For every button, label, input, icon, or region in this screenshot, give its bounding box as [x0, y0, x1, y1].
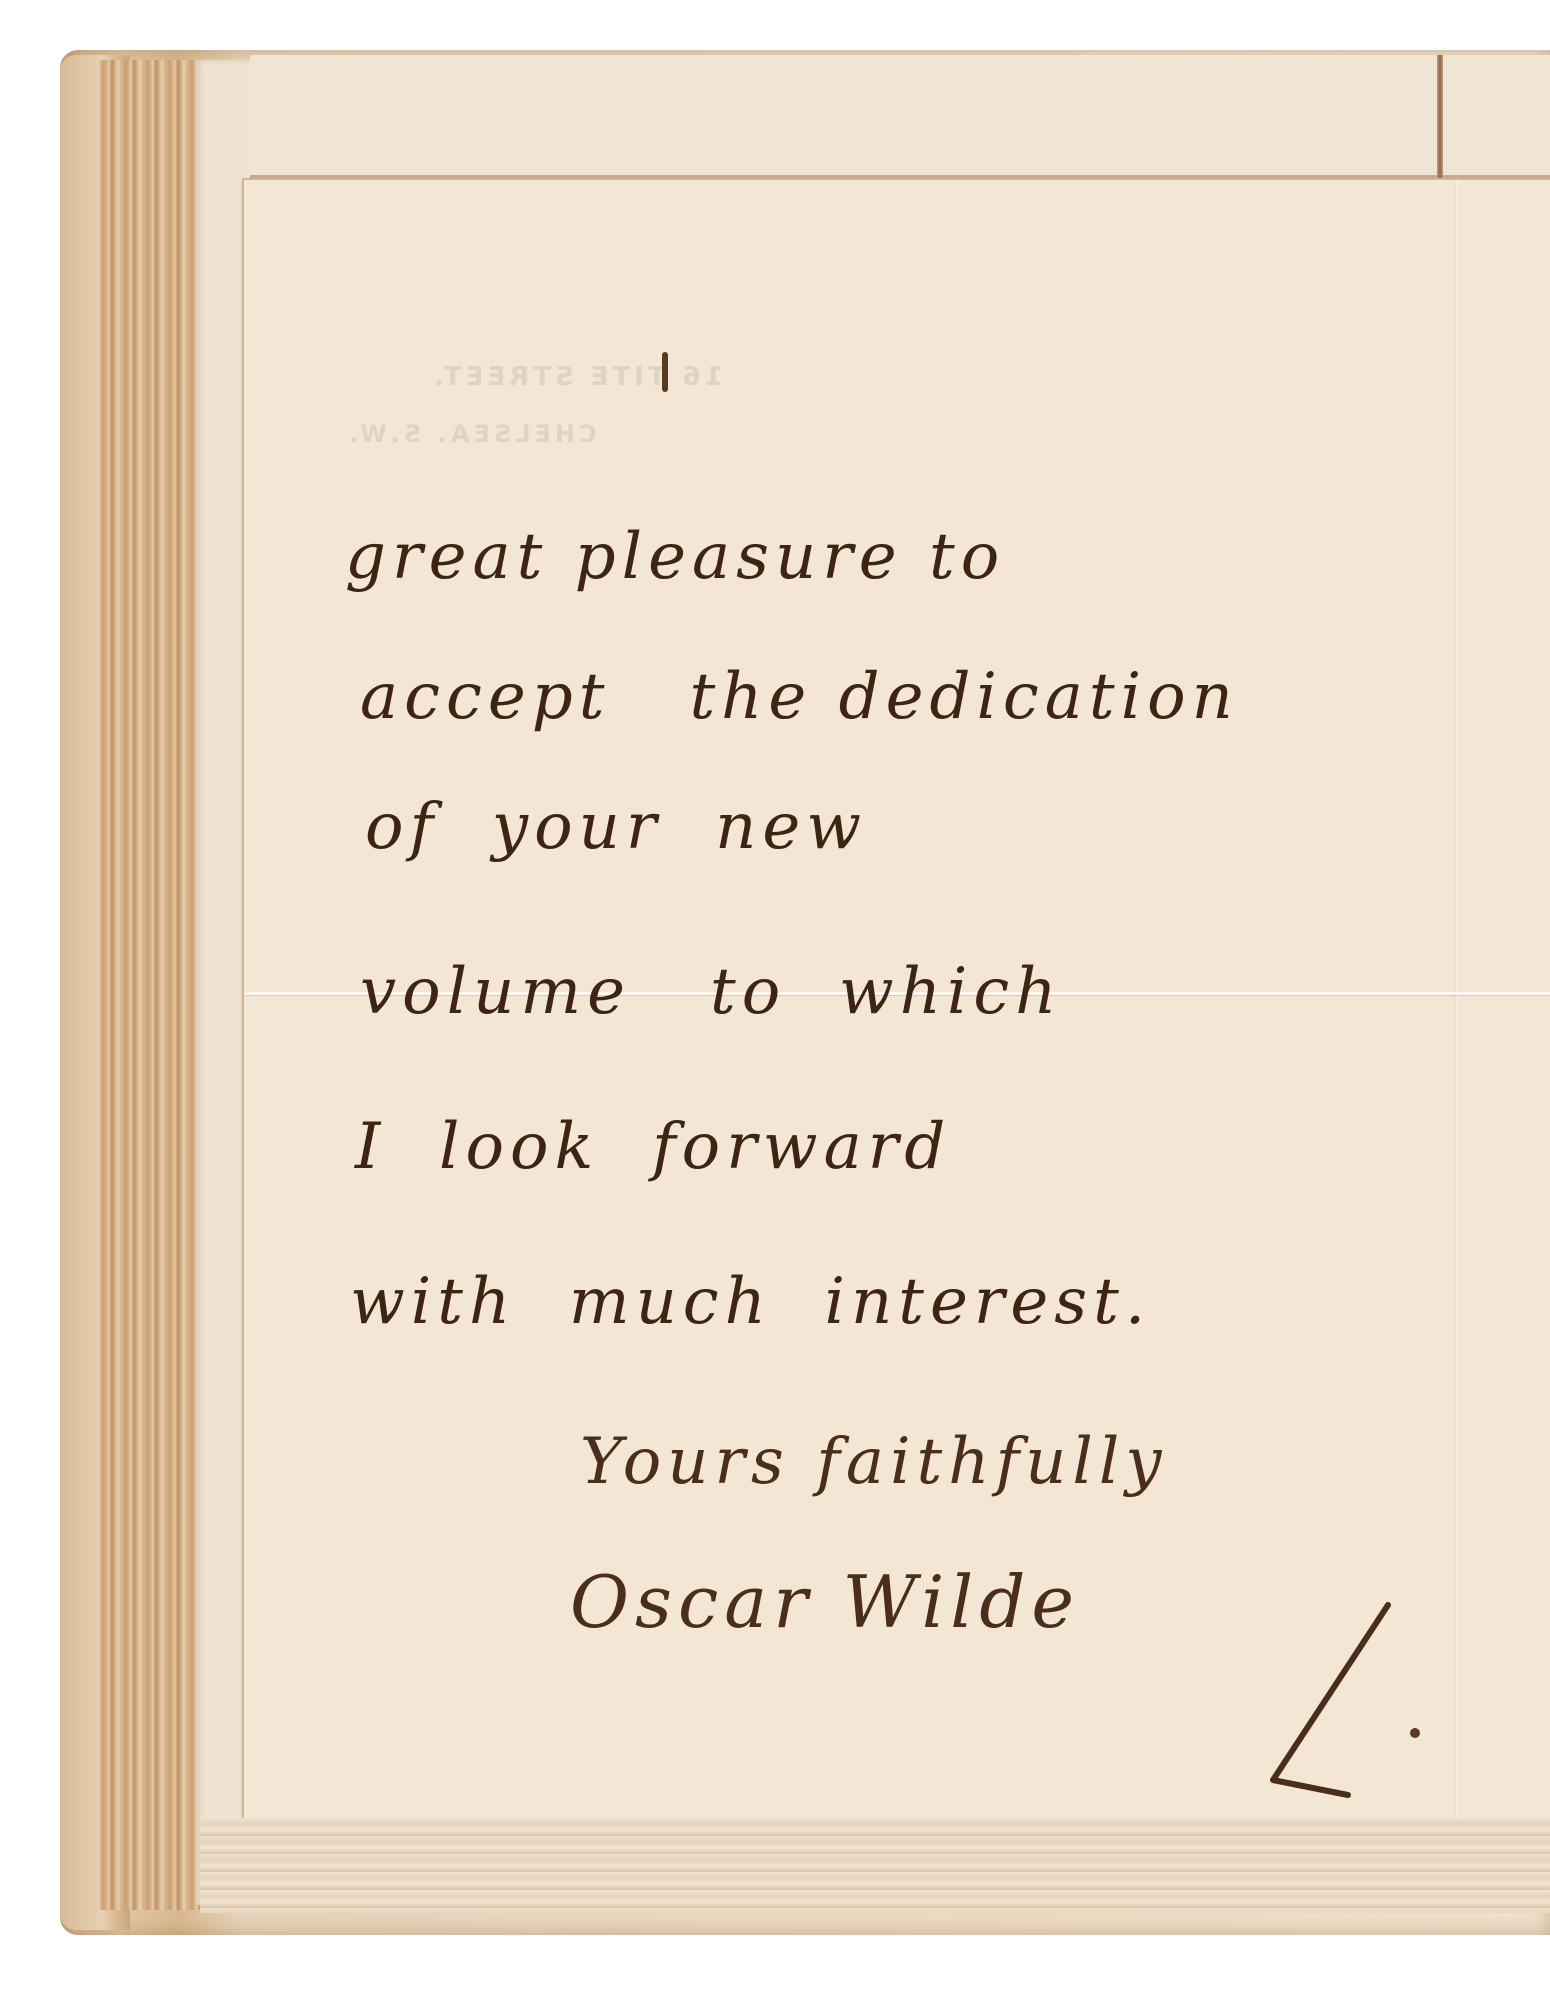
- letter-line-1: great pleasure to: [345, 520, 1005, 594]
- letter-line-5: I look forward: [355, 1110, 951, 1184]
- page-bottom-edge: [200, 1818, 1550, 1913]
- letter-signature: Oscar Wilde: [570, 1560, 1080, 1644]
- letter-line-6: with much interest.: [350, 1265, 1151, 1339]
- letter-line-4: volume to which: [360, 955, 1062, 1029]
- page-foredge: [100, 60, 210, 1910]
- letterhead-showthrough-address: 16 TITE STREET.: [430, 362, 723, 392]
- letter-closing: Yours faithfully: [580, 1425, 1167, 1499]
- ink-mark: [662, 352, 668, 392]
- letter-line-2: accept the dedication: [360, 660, 1239, 734]
- signature-flourish-icon: [1238, 1600, 1398, 1800]
- gutter-crease: [1437, 55, 1443, 180]
- letter-line-3: of your new: [365, 790, 867, 864]
- letterhead-showthrough-district: CHELSEA. S.W.: [345, 420, 597, 448]
- top-page-strip: [250, 55, 1550, 181]
- letter-vertical-fold: [1455, 180, 1458, 1820]
- signature-dot: [1410, 1728, 1420, 1738]
